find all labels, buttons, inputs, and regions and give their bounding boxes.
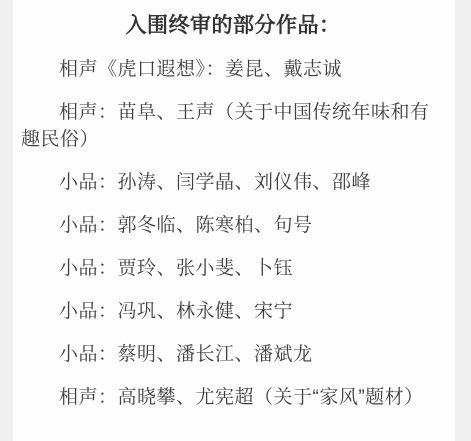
work-item-crosstalk-2: 相声：苗阜、王声（关于中国传统年味和有趣民俗） <box>21 99 445 153</box>
page-title: 入围终审的部分作品： <box>21 12 445 39</box>
work-item-sketch-5: 小品：蔡明、潘长江、潘斌龙 <box>21 341 445 368</box>
work-item-crosstalk-1: 相声《虎口遐想》：姜昆、戴志诚 <box>21 56 445 83</box>
work-item-sketch-2: 小品：郭冬临、陈寒柏、句号 <box>21 212 445 239</box>
work-item-sketch-1: 小品：孙涛、闫学晶、刘仪伟、邵峰 <box>21 169 445 196</box>
screenshot-root: { "article": { "title": "入围终审的部分作品：", "i… <box>0 0 471 441</box>
page-background: 入围终审的部分作品： 相声《虎口遐想》：姜昆、戴志诚 相声：苗阜、王声（关于中国… <box>0 0 471 441</box>
article-card: 入围终审的部分作品： 相声《虎口遐想》：姜昆、戴志诚 相声：苗阜、王声（关于中国… <box>13 0 455 441</box>
work-item-sketch-3: 小品：贾玲、张小斐、卜钰 <box>21 255 445 282</box>
work-item-sketch-4: 小品：冯巩、林永健、宋宁 <box>21 298 445 325</box>
work-item-crosstalk-3: 相声：高晓攀、尤宪超（关于“家风”题材） <box>21 384 445 411</box>
